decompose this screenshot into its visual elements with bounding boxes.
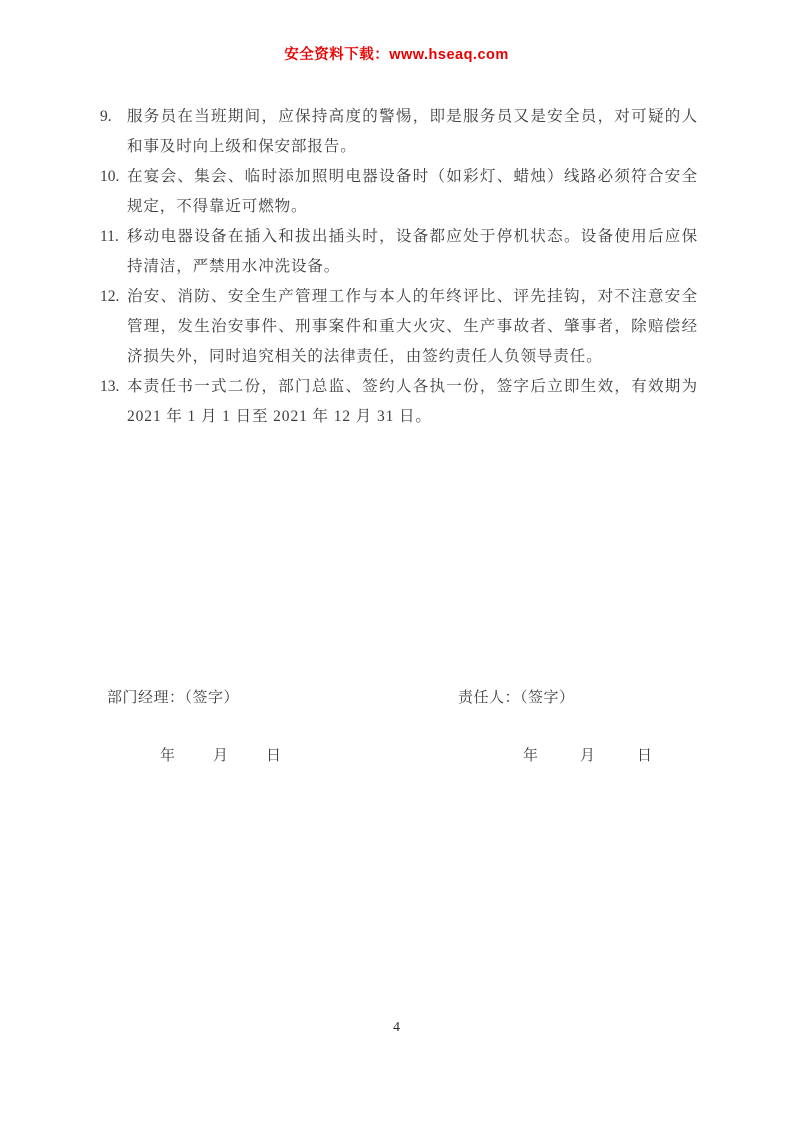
clause-text: 移动电器设备在插入和拔出插头时，设备都应处于停机状态。设备使用后应保持清洁，严禁… (127, 222, 698, 282)
clause-number: 9. (100, 102, 127, 132)
department-manager-signature-label: 部门经理：（签字） (107, 686, 239, 707)
site-watermark-header: 安全资料下载：www.hseaq.com (0, 43, 793, 64)
date-month-label: 月 (580, 744, 595, 765)
clause-text: 治安、消防、安全生产管理工作与本人的年终评比、评先挂钩，对不注意安全管理，发生治… (127, 282, 698, 372)
page-number: 4 (0, 1020, 793, 1036)
date-year-label: 年 (160, 744, 175, 765)
date-day-label: 日 (266, 744, 281, 765)
clause-item-13: 13. 本责任书一式二份，部门总监、签约人各执一份，签字后立即生效，有效期为 2… (100, 372, 698, 432)
clause-number: 13. (100, 372, 127, 402)
responsible-person-signature-label: 责任人：（签字） (458, 686, 575, 707)
date-month-label: 月 (213, 744, 228, 765)
clause-item-12: 12. 治安、消防、安全生产管理工作与本人的年终评比、评先挂钩，对不注意安全管理… (100, 282, 698, 372)
clause-number: 12. (100, 282, 127, 312)
clause-item-11: 11. 移动电器设备在插入和拔出插头时，设备都应处于停机状态。设备使用后应保持清… (100, 222, 698, 282)
clause-text: 服务员在当班期间，应保持高度的警惕，即是服务员又是安全员，对可疑的人和事及时向上… (127, 102, 698, 162)
clause-text: 本责任书一式二份，部门总监、签约人各执一份，签字后立即生效，有效期为 2021 … (127, 372, 698, 432)
date-line-left: 年 月 日 (160, 744, 281, 765)
clause-number: 11. (100, 222, 127, 252)
clause-number: 10. (100, 162, 127, 192)
clause-item-10: 10. 在宴会、集会、临时添加照明电器设备时（如彩灯、蜡烛）线路必须符合安全规定… (100, 162, 698, 222)
clause-text: 在宴会、集会、临时添加照明电器设备时（如彩灯、蜡烛）线路必须符合安全规定，不得靠… (127, 162, 698, 222)
date-year-label: 年 (523, 744, 538, 765)
document-page: { "header": { "watermark": "安全资料下载：www.h… (0, 0, 793, 1122)
date-line-right: 年 月 日 (523, 744, 652, 765)
date-day-label: 日 (637, 744, 652, 765)
clause-item-9: 9. 服务员在当班期间，应保持高度的警惕，即是服务员又是安全员，对可疑的人和事及… (100, 102, 698, 162)
clause-list: 9. 服务员在当班期间，应保持高度的警惕，即是服务员又是安全员，对可疑的人和事及… (100, 102, 698, 432)
